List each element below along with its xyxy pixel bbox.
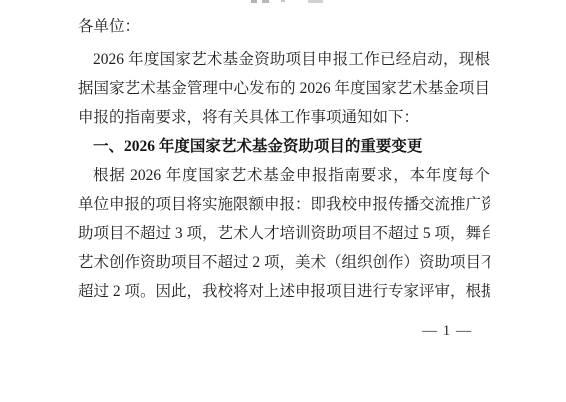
- paragraph1-line-2: 据国家艺术基金管理中心发布的 2026 年度国家艺术基金项目: [78, 74, 490, 103]
- paragraph2-line-3: 助项目不超过 3 项，艺术人才培训资助项目不超过 5 项，舞台: [78, 219, 490, 248]
- paragraph2-line-1: 根据 2026 年度国家艺术基金申报指南要求，本年度每个: [78, 161, 490, 190]
- cutoff-glyph-mark: [281, 0, 285, 2]
- document-page: 各单位： 2026 年度国家艺术基金资助项目申报工作已经启动，现根 据国家艺术基…: [0, 0, 566, 402]
- paragraph2-line-2: 单位申报的项目将实施限额申报：即我校申报传播交流推广资: [78, 190, 490, 219]
- paragraph2-line-4: 艺术创作资助项目不超过 2 项，美术（组织创作）资助项目不: [78, 248, 490, 277]
- cropped-title-remnant: [0, 0, 566, 5]
- paragraph2-line-5: 超过 2 项。因此，我校将对上述申报项目进行专家评审，根据: [78, 277, 490, 306]
- salutation: 各单位：: [78, 12, 490, 41]
- page-number: — 1 —: [422, 321, 472, 341]
- paragraph1-line-1: 2026 年度国家艺术基金资助项目申报工作已经启动，现根: [78, 45, 490, 74]
- paragraph1-line-3: 申报的指南要求，将有关具体工作事项通知如下：: [78, 103, 490, 132]
- cutoff-glyph-mark: [262, 0, 269, 3]
- cutoff-glyph-mark: [308, 0, 323, 3]
- section-heading: 一、2026 年度国家艺术基金资助项目的重要变更: [78, 132, 490, 161]
- notice-body: 各单位： 2026 年度国家艺术基金资助项目申报工作已经启动，现根 据国家艺术基…: [78, 12, 490, 306]
- cutoff-glyph-mark: [251, 0, 257, 3]
